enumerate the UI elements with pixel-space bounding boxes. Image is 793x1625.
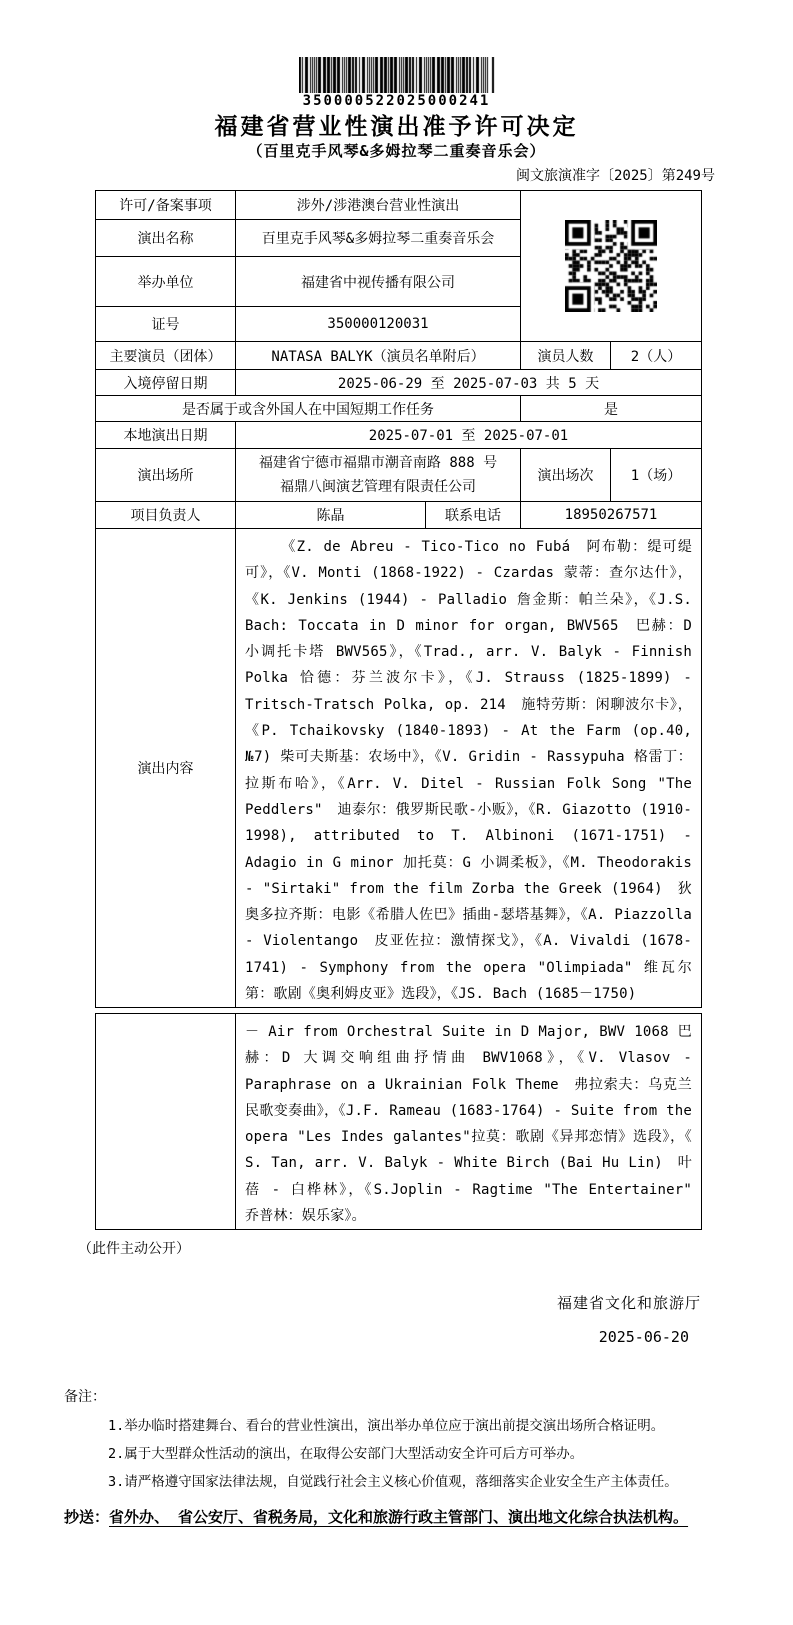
- notes-title: 备注：: [64, 1386, 106, 1406]
- performers-value: NATASA BALYK（演员名单附后）: [236, 342, 521, 370]
- barcode-block: 350000522025000241: [0, 57, 793, 109]
- short-term-work-label: 是否属于或含外国人在中国短期工作任务: [96, 396, 521, 422]
- barcode-image: [299, 57, 495, 93]
- page-subtitle: （百里克手风琴&多姆拉琴二重奏音乐会）: [0, 140, 793, 161]
- table-row: 主要演员（团体） NATASA BALYK（演员名单附后） 演员人数 2（人）: [96, 342, 702, 370]
- manager-value: 陈晶: [236, 502, 426, 529]
- document-page: 350000522025000241 福建省营业性演出准予许可决定 （百里克手风…: [0, 0, 793, 1625]
- organizer-value: 福建省中视传播有限公司: [236, 257, 521, 307]
- sessions-label: 演出场次: [521, 449, 611, 502]
- notes-list: 1.举办临时搭建舞台、看台的营业性演出，演出举办单位应于演出前提交演出场所合格证…: [108, 1412, 728, 1496]
- venue-company-line: 福鼎八闽演艺管理有限责任公司: [240, 475, 516, 499]
- table-row: 是否属于或含外国人在中国短期工作任务 是: [96, 396, 702, 422]
- permit-item-value: 涉外/涉港澳台营业性演出: [236, 191, 521, 220]
- performers-label: 主要演员（团体）: [96, 342, 236, 370]
- performer-count-label: 演员人数: [521, 342, 611, 370]
- qr-code-cell: [521, 191, 702, 342]
- table-row: 项目负责人 陈晶 联系电话 18950267571: [96, 502, 702, 529]
- organizer-label: 举办单位: [96, 257, 236, 307]
- table-row: 演出场所 福建省宁德市福鼎市潮音南路 888 号 福鼎八闽演艺管理有限责任公司 …: [96, 449, 702, 502]
- note-item: 1.举办临时搭建舞台、看台的营业性演出，演出举办单位应于演出前提交演出场所合格证…: [108, 1412, 728, 1440]
- local-dates-label: 本地演出日期: [96, 422, 236, 449]
- local-dates-value: 2025-07-01 至 2025-07-01: [236, 422, 702, 449]
- short-term-work-value: 是: [521, 396, 702, 422]
- note-item: 2.属于大型群众性活动的演出，在取得公安部门大型活动安全许可后方可举办。: [108, 1440, 728, 1468]
- table-row: 本地演出日期 2025-07-01 至 2025-07-01: [96, 422, 702, 449]
- permit-table-continuation: － Air from Orchestral Suite in D Major, …: [95, 1013, 702, 1230]
- show-name-label: 演出名称: [96, 220, 236, 257]
- content-label-empty: [96, 1014, 236, 1230]
- issue-date: 2025-06-20: [599, 1328, 689, 1346]
- issuing-authority: 福建省文化和旅游厅: [557, 1292, 701, 1313]
- document-number: 闽文旅演准字〔2025〕第249号: [95, 165, 715, 185]
- barcode-number: 350000522025000241: [0, 93, 793, 109]
- permit-item-label: 许可/备案事项: [96, 191, 236, 220]
- performance-content-part2: － Air from Orchestral Suite in D Major, …: [236, 1014, 702, 1230]
- show-name-value: 百里克手风琴&多姆拉琴二重奏音乐会: [236, 220, 521, 257]
- venue-label: 演出场所: [96, 449, 236, 502]
- entry-stay-value: 2025-06-29 至 2025-07-03 共 5 天: [236, 370, 702, 396]
- sessions-value: 1（场）: [611, 449, 702, 502]
- cert-no-value: 350000120031: [236, 307, 521, 342]
- cert-no-label: 证号: [96, 307, 236, 342]
- venue-value: 福建省宁德市福鼎市潮音南路 888 号 福鼎八闽演艺管理有限责任公司: [236, 449, 521, 502]
- performer-count-value: 2（人）: [611, 342, 702, 370]
- table-row: 入境停留日期 2025-06-29 至 2025-07-03 共 5 天: [96, 370, 702, 396]
- performance-content-text-1: 《Z. de Abreu - Tico-Tico no Fubá 阿布勒：缇可缇…: [245, 534, 692, 1007]
- cc-block: 抄送：省外办、 省公安厅、省税务局，文化和旅游行政主管部门、演出地文化综合执法机…: [64, 1502, 732, 1533]
- page-title: 福建省营业性演出准予许可决定: [0, 108, 793, 141]
- manager-label: 项目负责人: [96, 502, 236, 529]
- performance-content-text-2: － Air from Orchestral Suite in D Major, …: [245, 1019, 692, 1229]
- permit-table: 许可/备案事项 涉外/涉港澳台营业性演出 演出名称 百里克手风琴&多姆拉琴二重奏…: [95, 190, 702, 1008]
- qr-code-image: [565, 220, 657, 312]
- table-row: － Air from Orchestral Suite in D Major, …: [96, 1014, 702, 1230]
- content-label: 演出内容: [96, 529, 236, 1008]
- phone-label: 联系电话: [426, 502, 521, 529]
- performance-content-part1: 《Z. de Abreu - Tico-Tico no Fubá 阿布勒：缇可缇…: [236, 529, 702, 1008]
- note-item: 3.请严格遵守国家法律法规，自觉践行社会主义核心价值观，落细落实企业安全生产主体…: [108, 1468, 728, 1496]
- phone-value: 18950267571: [521, 502, 702, 529]
- table-row: 许可/备案事项 涉外/涉港澳台营业性演出: [96, 191, 702, 220]
- table-row: 演出内容 《Z. de Abreu - Tico-Tico no Fubá 阿布…: [96, 529, 702, 1008]
- cc-label: 抄送：: [64, 1508, 109, 1526]
- public-disclosure-note: （此件主动公开）: [78, 1238, 190, 1258]
- venue-address-line: 福建省宁德市福鼎市潮音南路 888 号: [240, 451, 516, 475]
- entry-stay-label: 入境停留日期: [96, 370, 236, 396]
- cc-value: 省外办、 省公安厅、省税务局，文化和旅游行政主管部门、演出地文化综合执法机构。: [109, 1508, 688, 1526]
